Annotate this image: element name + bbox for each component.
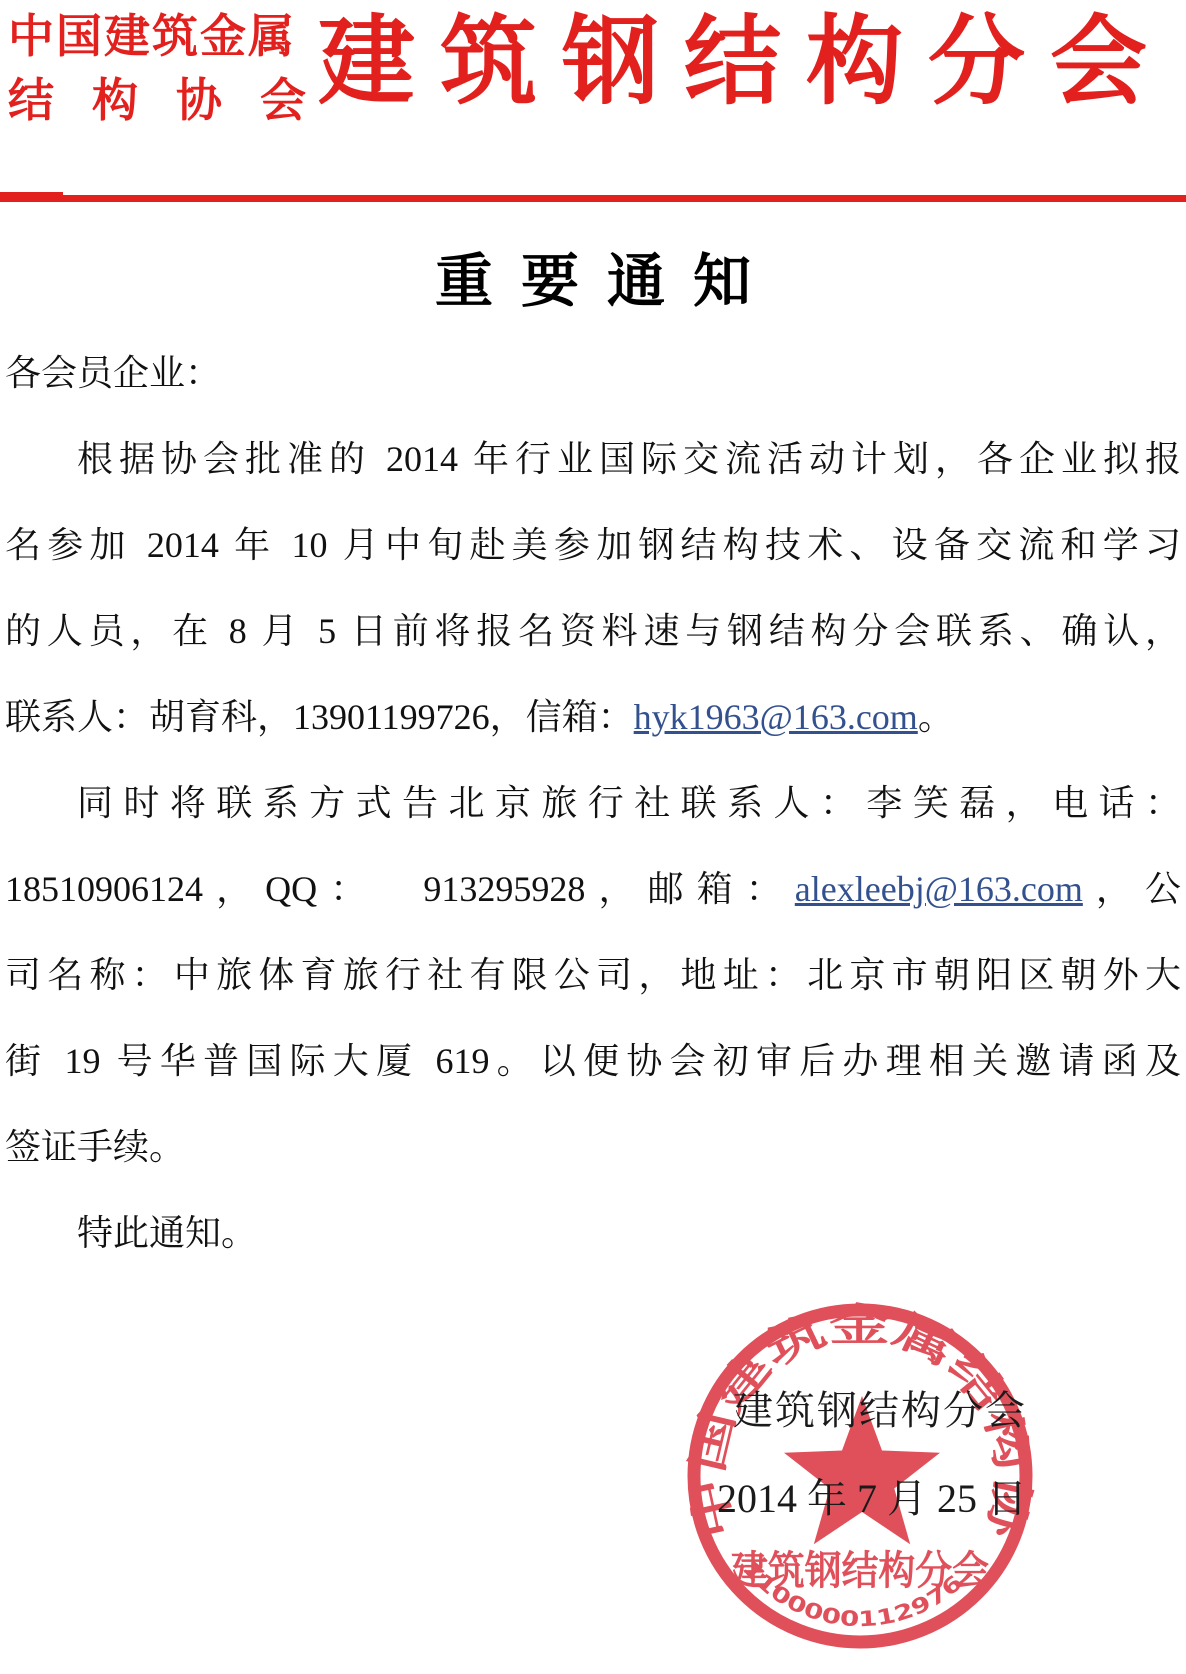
body-line: 的人员，在 8 月 5 日前将报名资料速与钢结构分会联系、确认， (5, 588, 1181, 674)
body-line: 联系人：胡育科，13901199726，信箱：hyk1963@163.com。 (5, 674, 1181, 760)
body-text: 同时将联系方式告北京旅行社联系人：李笑磊，电话： (77, 783, 1181, 823)
body-text: 名参加 2014 年 10 月中旬赴美参加钢结构技术、设备交流和学习 (5, 525, 1181, 565)
body-text: 的人员，在 8 月 5 日前将报名资料速与钢结构分会联系、确认， (5, 611, 1181, 651)
body-text: 特此通知。 (77, 1213, 257, 1253)
body-text: 各会员企业： (5, 353, 221, 393)
body-line: 名参加 2014 年 10 月中旬赴美参加钢结构技术、设备交流和学习 (5, 502, 1181, 588)
body-text: ，公 (1083, 869, 1181, 909)
branch-title: 建筑钢结构分会 (318, 8, 1172, 116)
association-name: 中国建筑金属 结构协会 (8, 10, 306, 126)
notice-document: 中国建筑金属 结构协会 建筑钢结构分会 重要通知 各会员企业：根据协会批准的 2… (0, 0, 1186, 1674)
body-line: 各会员企业： (5, 330, 1181, 416)
body-line: 同时将联系方式告北京旅行社联系人：李笑磊，电话： (5, 760, 1181, 846)
body-text: 。 (918, 697, 954, 737)
notice-body: 各会员企业：根据协会批准的 2014 年行业国际交流活动计划，各企业拟报名参加 … (0, 330, 1186, 1276)
association-name-line1: 中国建筑金属 (8, 10, 306, 62)
header-divider (0, 195, 1186, 202)
body-line: 特此通知。 (5, 1190, 1181, 1276)
body-text: 签证手续。 (5, 1127, 185, 1167)
body-line: 根据协会批准的 2014 年行业国际交流活动计划，各企业拟报 (5, 416, 1181, 502)
signature-name: 建筑钢结构分会 (700, 1388, 1060, 1434)
page-title: 重要通知 (0, 246, 1186, 316)
body-line: 18510906124，QQ： 913295928，邮箱：alexleebj@1… (5, 846, 1181, 932)
body-text: 18510906124，QQ： 913295928，邮箱： (5, 869, 795, 909)
association-name-line2: 结构协会 (8, 74, 306, 126)
body-line: 司名称：中旅体育旅行社有限公司，地址：北京市朝阳区朝外大 (5, 932, 1181, 1018)
body-line: 签证手续。 (5, 1104, 1181, 1190)
body-text: 联系人：胡育科，13901199726，信箱： (5, 697, 634, 737)
signature-date: 2014 年 7 月 25 日 (660, 1476, 1084, 1522)
body-text: 根据协会批准的 2014 年行业国际交流活动计划，各企业拟报 (77, 439, 1181, 479)
body-text: 街 19 号华普国际大厦 619。以便协会初审后办理相关邀请函及 (5, 1041, 1181, 1081)
email-link[interactable]: hyk1963@163.com (634, 697, 918, 737)
body-line: 街 19 号华普国际大厦 619。以便协会初审后办理相关邀请函及 (5, 1018, 1181, 1104)
body-text: 司名称：中旅体育旅行社有限公司，地址：北京市朝阳区朝外大 (5, 955, 1181, 995)
email-link[interactable]: alexleebj@163.com (795, 869, 1083, 909)
